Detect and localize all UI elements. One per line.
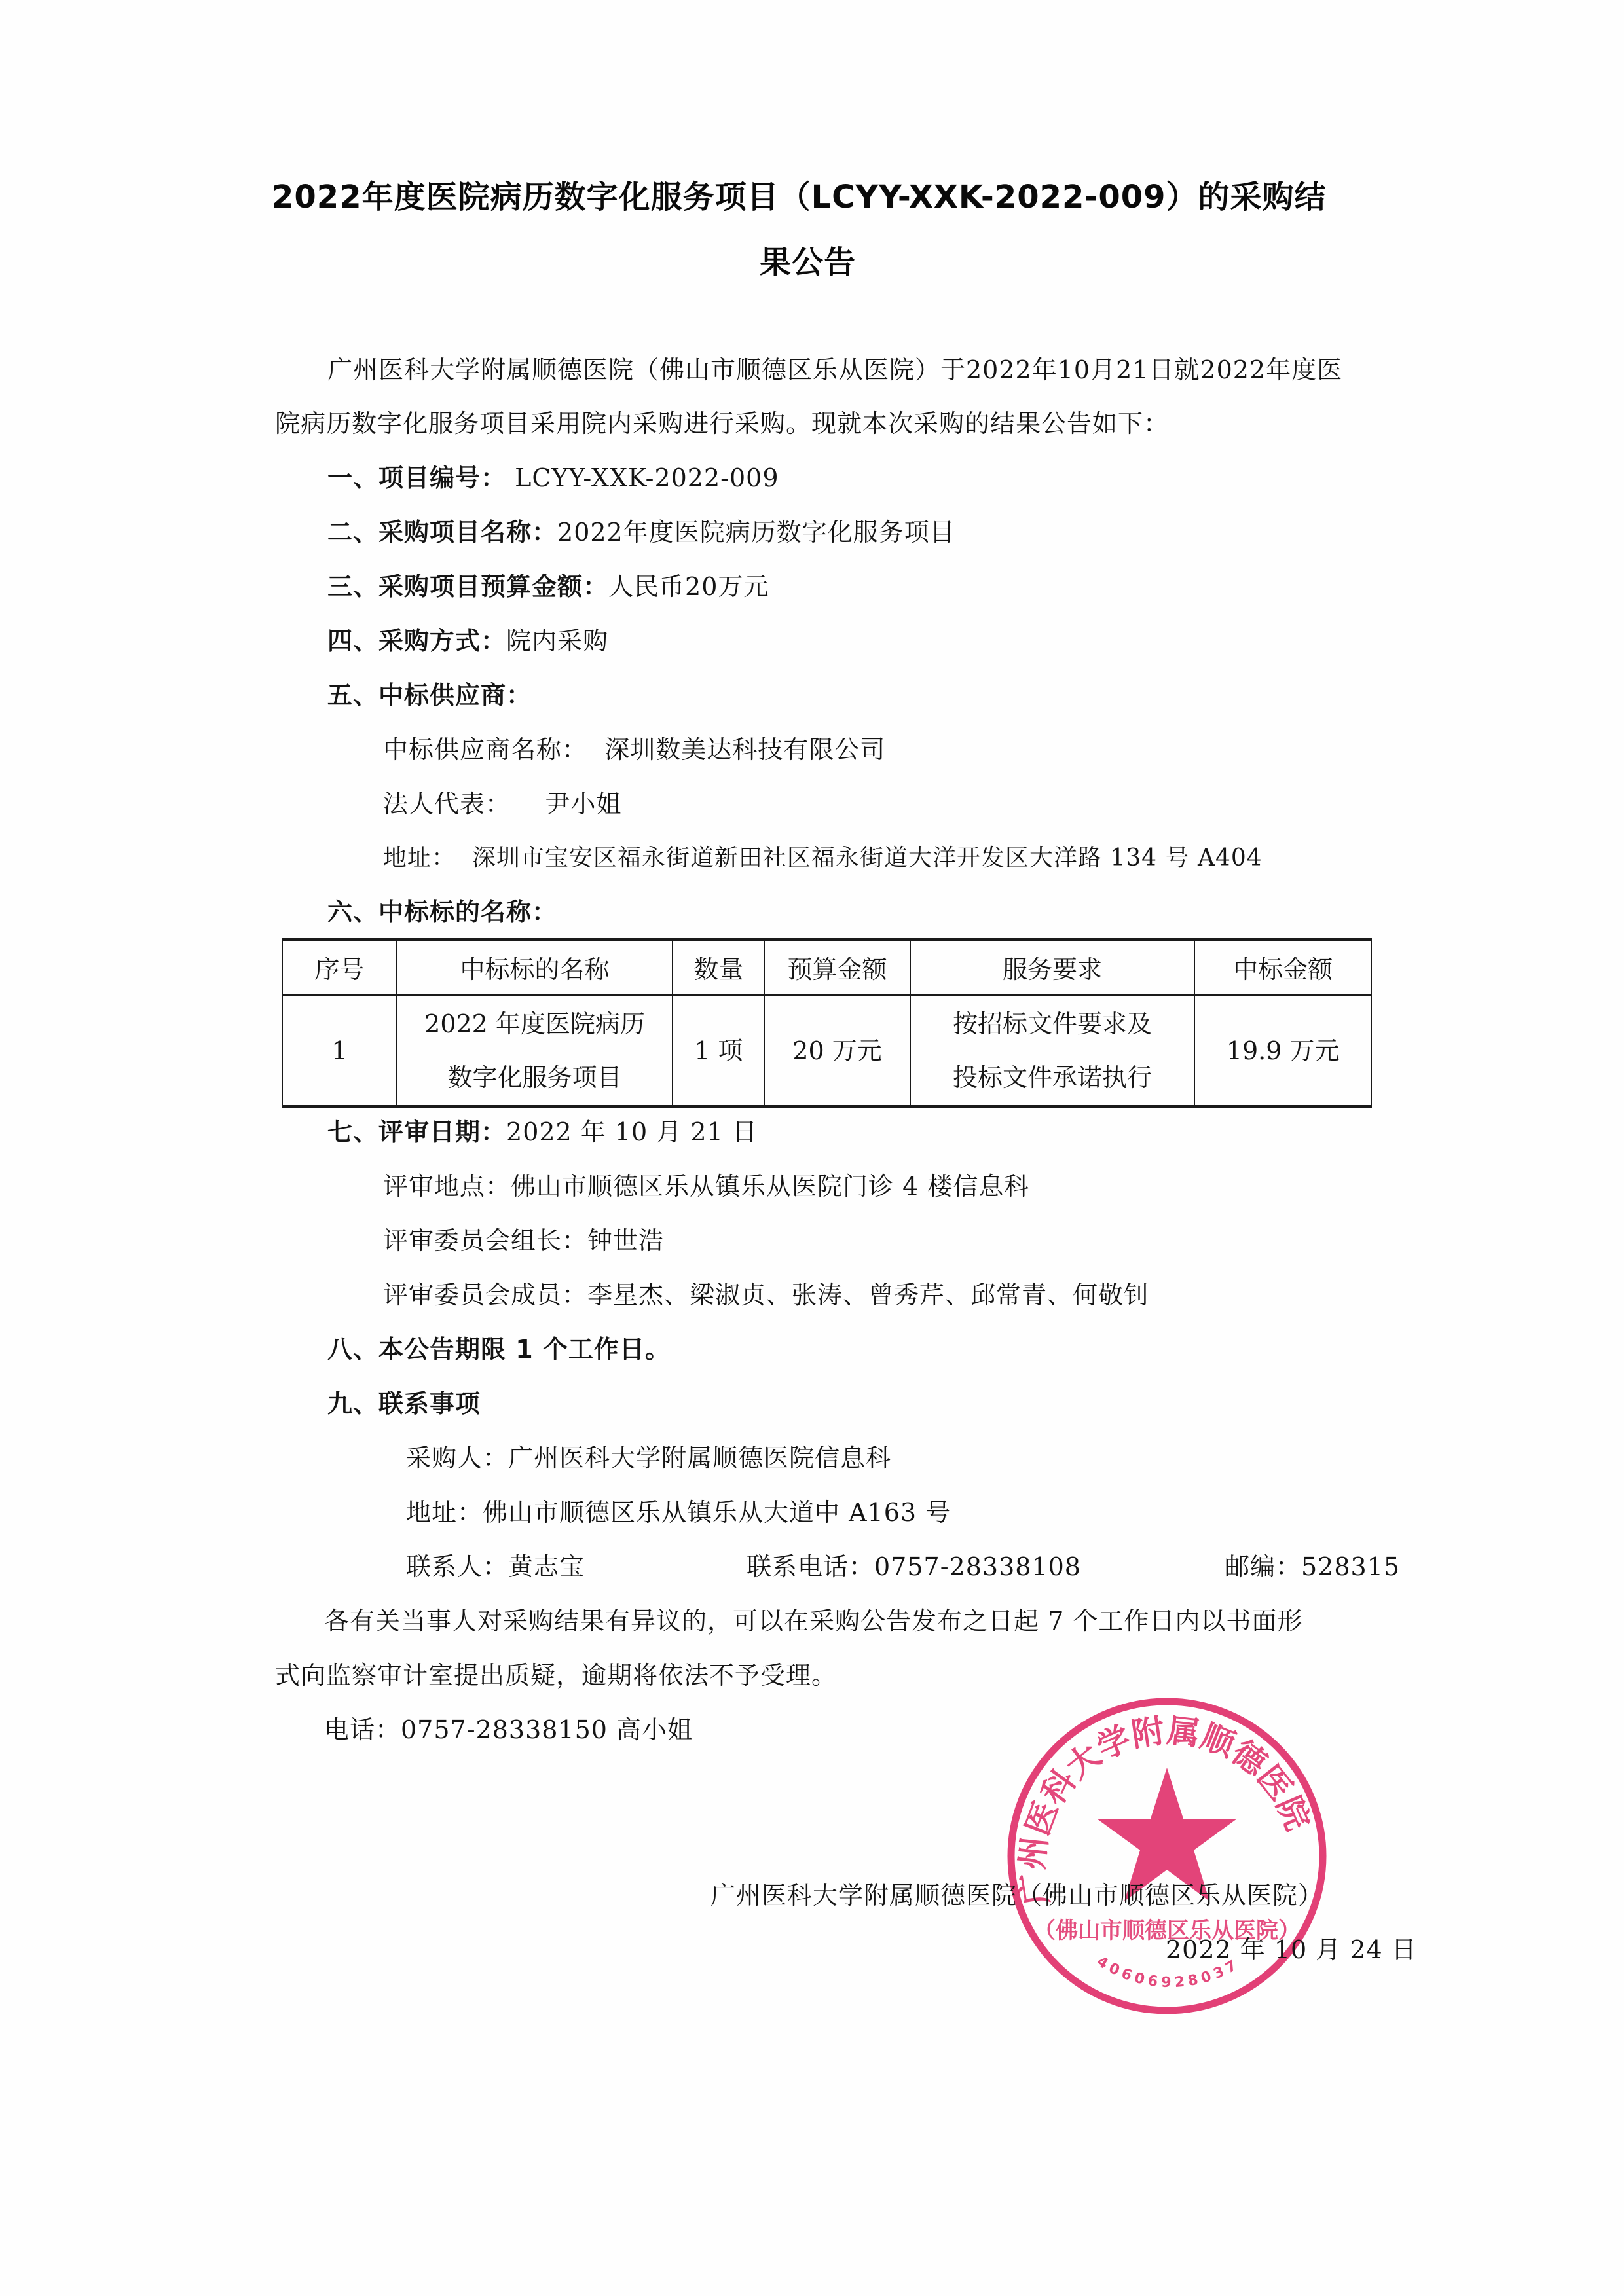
column-header: 预算金额: [764, 939, 910, 995]
section-label: 一、项目编号：: [327, 464, 506, 492]
section-method: 四、采购方式：院内采购: [327, 625, 608, 657]
review-members: 评审委员会成员：李星杰、梁淑贞、张涛、曾秀芹、邱常青、何敬钊: [383, 1279, 1149, 1311]
supplier-address-line: 地址： 深圳市宝安区福永街道新田社区福永街道大洋开发区大洋路 134 号 A40…: [383, 842, 1263, 875]
column-header: 数量: [673, 939, 764, 995]
supplier-name-label: 中标供应商名称：: [383, 735, 587, 764]
section-budget: 三、采购项目预算金额：人民币20万元: [327, 570, 769, 603]
notice-period: 八、本公告期限 1 个工作日。: [327, 1333, 671, 1366]
cell-budget: 20 万元: [764, 995, 910, 1106]
section-project-number: 一、项目编号： LCYY-XXK-2022-009: [327, 462, 779, 494]
supplier-name-line: 中标供应商名称： 深圳数美达科技有限公司: [383, 733, 885, 766]
award-heading: 六、中标标的名称：: [327, 896, 557, 928]
contact-address: 地址：佛山市顺德区乐从镇乐从大道中 A163 号: [406, 1496, 951, 1529]
requirement-line-2: 投标文件承诺执行: [915, 1051, 1190, 1104]
contact-person: 联系人：黄志宝: [406, 1550, 585, 1583]
section-label: 五、中标供应商：: [327, 681, 532, 710]
section-value: LCYY-XXK-2022-009: [506, 464, 779, 492]
requirement-line-1: 按招标文件要求及: [915, 997, 1190, 1051]
official-seal-stamp: 广州医科大学附属顺德医院 （佛山市顺德区乐从医院） 40606928037: [1005, 1696, 1329, 2016]
document-page: 2022年度医院病历数字化服务项目（LCYY-XXK-2022-009）的采购结…: [0, 0, 1624, 2296]
signature-date: 2022 年 10 月 24 日: [1166, 1933, 1417, 1966]
review-place: 评审地点：佛山市顺德区乐从镇乐从医院门诊 4 楼信息科: [383, 1170, 1029, 1203]
section-value: 院内采购: [506, 627, 608, 655]
table-header-row: 序号 中标标的名称 数量 预算金额 服务要求 中标金额: [282, 939, 1371, 995]
review-date: 2022 年 10 月 21 日: [506, 1118, 758, 1146]
section-project-name: 二、采购项目名称：2022年度医院病历数字化服务项目: [327, 516, 955, 549]
supplier-rep-line: 法人代表： 尹小姐: [383, 788, 621, 820]
review-date-line: 七、评审日期：2022 年 10 月 21 日: [327, 1116, 758, 1148]
column-header: 服务要求: [910, 939, 1194, 995]
title-line-2: 果公告: [760, 237, 856, 282]
section-label: 二、采购项目名称：: [327, 518, 557, 547]
signature-organization: 广州医科大学附属顺德医院（佛山市顺德区乐从医院）: [710, 1879, 1323, 1912]
contact-phone: 联系电话：0757-28338108: [747, 1550, 1081, 1583]
table-row: 1 2022 年度医院病历 数字化服务项目 1 项 20 万元 按招标文件要求及…: [282, 995, 1371, 1106]
cell-item-name: 2022 年度医院病历 数字化服务项目: [397, 995, 673, 1106]
objection-phone: 电话：0757-28338150 高小姐: [324, 1713, 693, 1746]
objection-line-1: 各有关当事人对采购结果有异议的，可以在采购公告发布之日起 7 个工作日内以书面形: [324, 1605, 1302, 1637]
intro-line-2: 院病历数字化服务项目采用院内采购进行采购。现就本次采购的结果公告如下：: [275, 407, 1169, 440]
award-table: 序号 中标标的名称 数量 预算金额 服务要求 中标金额 1 2022 年度医院病…: [282, 938, 1372, 1108]
contact-heading: 九、联系事项: [327, 1387, 481, 1420]
supplier-address-label: 地址：: [383, 845, 456, 871]
contact-buyer: 采购人：广州医科大学附属顺德医院信息科: [406, 1442, 891, 1474]
column-header: 中标标的名称: [397, 939, 673, 995]
cell-requirements: 按招标文件要求及 投标文件承诺执行: [910, 995, 1194, 1106]
section-value: 2022年度医院病历数字化服务项目: [557, 518, 955, 547]
section-label: 三、采购项目预算金额：: [327, 572, 608, 601]
review-date-label: 七、评审日期：: [327, 1118, 506, 1146]
item-name-line-2: 数字化服务项目: [401, 1051, 668, 1104]
section-value: 人民币20万元: [608, 572, 769, 601]
supplier-rep: 尹小姐: [545, 790, 621, 818]
title-line-1: 2022年度医院病历数字化服务项目（LCYY-XXK-2022-009）的采购结: [272, 172, 1327, 217]
supplier-rep-label: 法人代表：: [383, 790, 511, 818]
column-header: 中标金额: [1194, 939, 1371, 995]
column-header: 序号: [282, 939, 397, 995]
item-name-line-1: 2022 年度医院病历: [401, 997, 668, 1051]
cell-no: 1: [282, 995, 397, 1106]
seal-icon: 广州医科大学附属顺德医院 （佛山市顺德区乐从医院） 40606928037: [1005, 1696, 1329, 2016]
supplier-address: 深圳市宝安区福永街道新田社区福永街道大洋开发区大洋路 134 号 A404: [472, 845, 1263, 871]
cell-quantity: 1 项: [673, 995, 764, 1106]
review-leader: 评审委员会组长：钟世浩: [383, 1224, 664, 1257]
objection-line-2: 式向监察审计室提出质疑，逾期将依法不予受理。: [275, 1659, 837, 1692]
section-supplier: 五、中标供应商：: [327, 679, 532, 712]
section-label: 四、采购方式：: [327, 627, 506, 655]
supplier-name: 深圳数美达科技有限公司: [604, 735, 885, 764]
contact-postcode: 邮编：528315: [1225, 1550, 1400, 1583]
cell-award-amount: 19.9 万元: [1194, 995, 1371, 1106]
intro-line-1: 广州医科大学附属顺德医院（佛山市顺德区乐从医院）于2022年10月21日就202…: [327, 354, 1342, 386]
